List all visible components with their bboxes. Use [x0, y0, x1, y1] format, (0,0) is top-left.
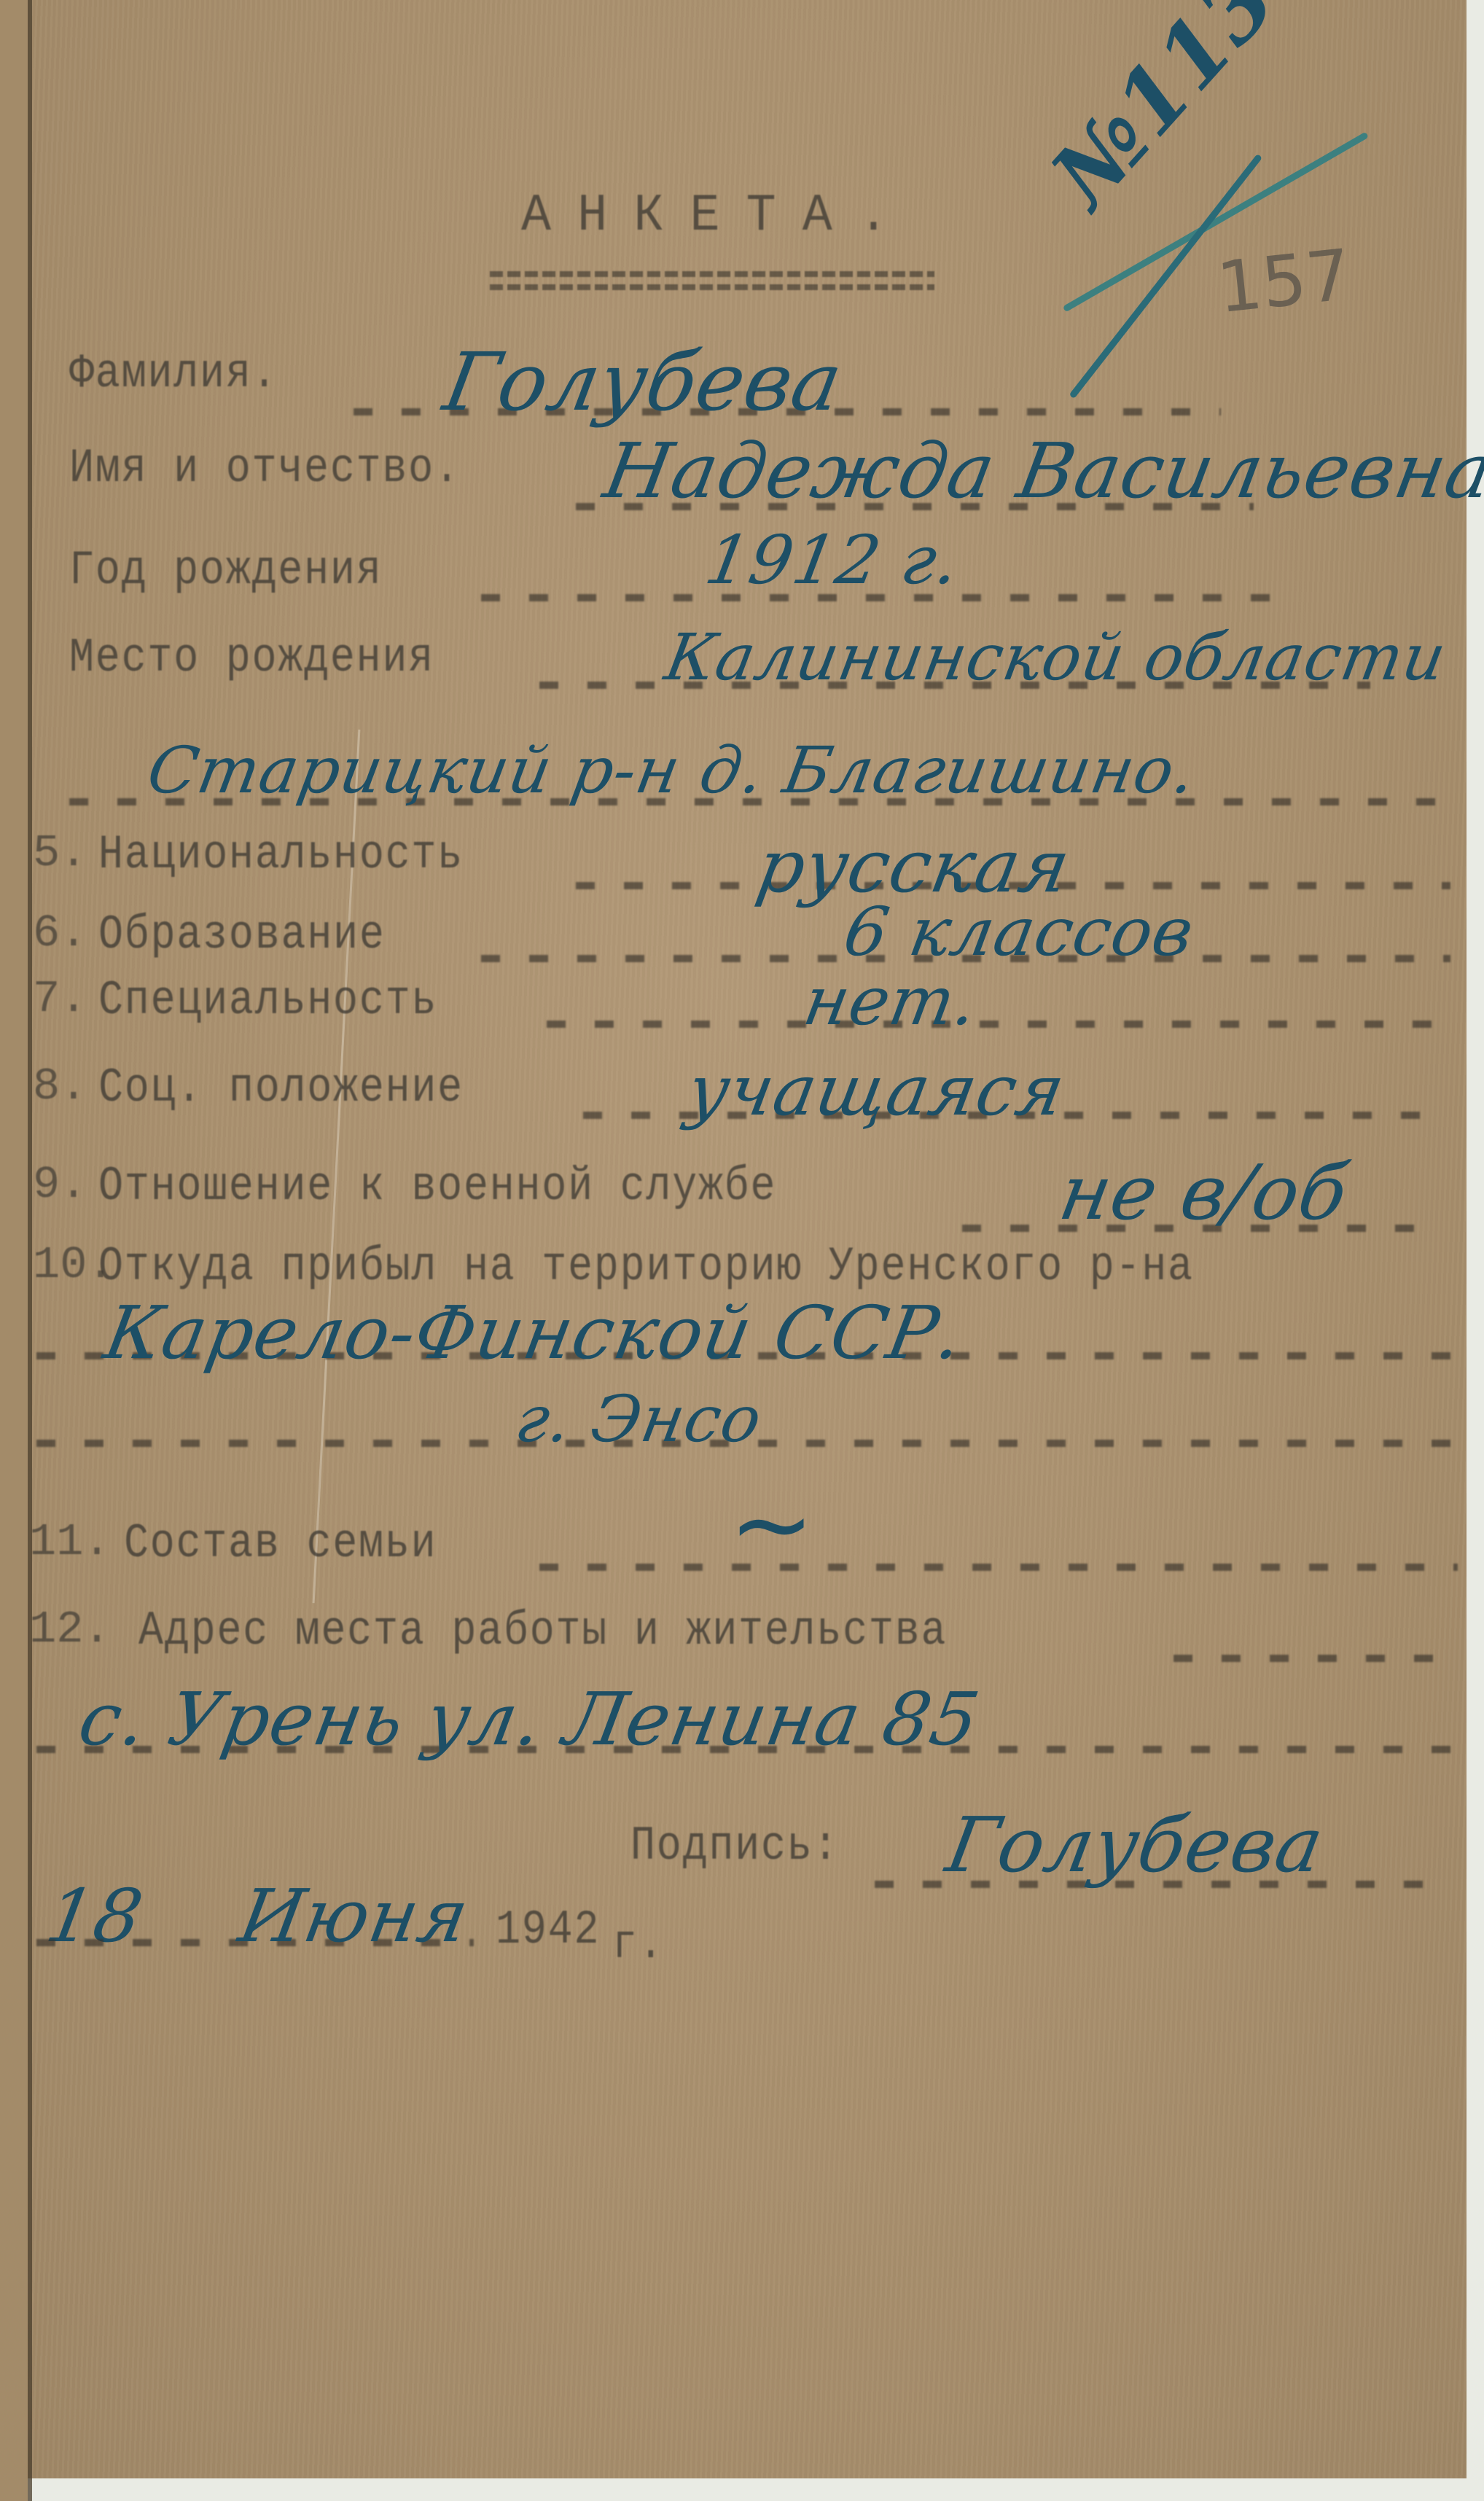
- title-underline: [490, 284, 934, 290]
- field-number: 9.: [33, 1159, 87, 1211]
- date-year: 1942: [496, 1903, 600, 1957]
- field-surname-value: Голубева: [437, 335, 849, 429]
- document-title: АНКЕТА.: [521, 186, 915, 246]
- field-birthplace-label: Место рождения: [69, 631, 434, 685]
- field-birthyear-value: 1912 г.: [700, 521, 966, 599]
- binding-strip: [0, 0, 28, 2501]
- field-number: 7.: [33, 973, 87, 1025]
- signature-value: Голубева: [940, 1800, 1330, 1889]
- signature-label: Подпись:: [630, 1819, 839, 1873]
- field-line: [547, 1021, 1450, 1028]
- archive-mark: №113: [1031, 0, 1295, 227]
- field-military-value: не в/об: [1053, 1148, 1354, 1237]
- field-birthplace-value: Калининской области: [660, 620, 1452, 695]
- questionnaire-page: АНКЕТА. №113 157 Фамилия. Голубева Имя и…: [0, 0, 1467, 2478]
- field-family-value: ~: [729, 1465, 814, 1584]
- title-underline: [490, 271, 934, 277]
- field-address-label: Адрес места работы и жительства: [138, 1604, 947, 1658]
- field-birthplace-value-line2: Старицкий р-н д. Благишино.: [142, 733, 1202, 808]
- field-name-label: Имя и отчество.: [69, 441, 461, 496]
- field-name-value: Надежда Васильевна: [598, 426, 1484, 515]
- date-month: Июня: [233, 1873, 475, 1959]
- field-line: [1173, 1655, 1450, 1662]
- field-military-label: Отношение к военной службе: [98, 1159, 776, 1214]
- field-birthyear-label: Год рождения: [69, 543, 382, 598]
- field-arrival-value: Карело-Финской ССР.: [98, 1290, 969, 1376]
- field-specialty-value: нет.: [798, 962, 983, 1040]
- field-number: 11.: [29, 1516, 111, 1568]
- field-number: 12.: [29, 1604, 111, 1655]
- field-social-status-value: учащаяся: [682, 1050, 1071, 1131]
- field-nationality-label: Национальность: [98, 827, 464, 882]
- field-number: 5.: [33, 827, 87, 879]
- field-number: 8.: [33, 1061, 87, 1112]
- field-number: 6.: [33, 908, 87, 959]
- field-arrival-label: Откуда прибыл на территорию Уренского р-…: [98, 1239, 1194, 1294]
- sheet-number: 157: [1214, 234, 1355, 329]
- date-year-suffix: г.: [612, 1917, 665, 1972]
- field-address-value: с. Урень ул. Ленина 85: [73, 1677, 985, 1762]
- field-social-status-label: Соц. положение: [98, 1061, 464, 1115]
- field-surname-label: Фамилия.: [69, 346, 278, 401]
- field-specialty-label: Специальность: [98, 973, 437, 1028]
- binding-edge: [28, 0, 32, 2501]
- field-education-value: 6 классов: [838, 893, 1200, 971]
- field-family-label: Состав семьи: [124, 1516, 437, 1571]
- field-line: [539, 1564, 1458, 1571]
- field-arrival-value-line2: г. Энсо: [510, 1381, 768, 1456]
- field-education-label: Образование: [98, 908, 386, 962]
